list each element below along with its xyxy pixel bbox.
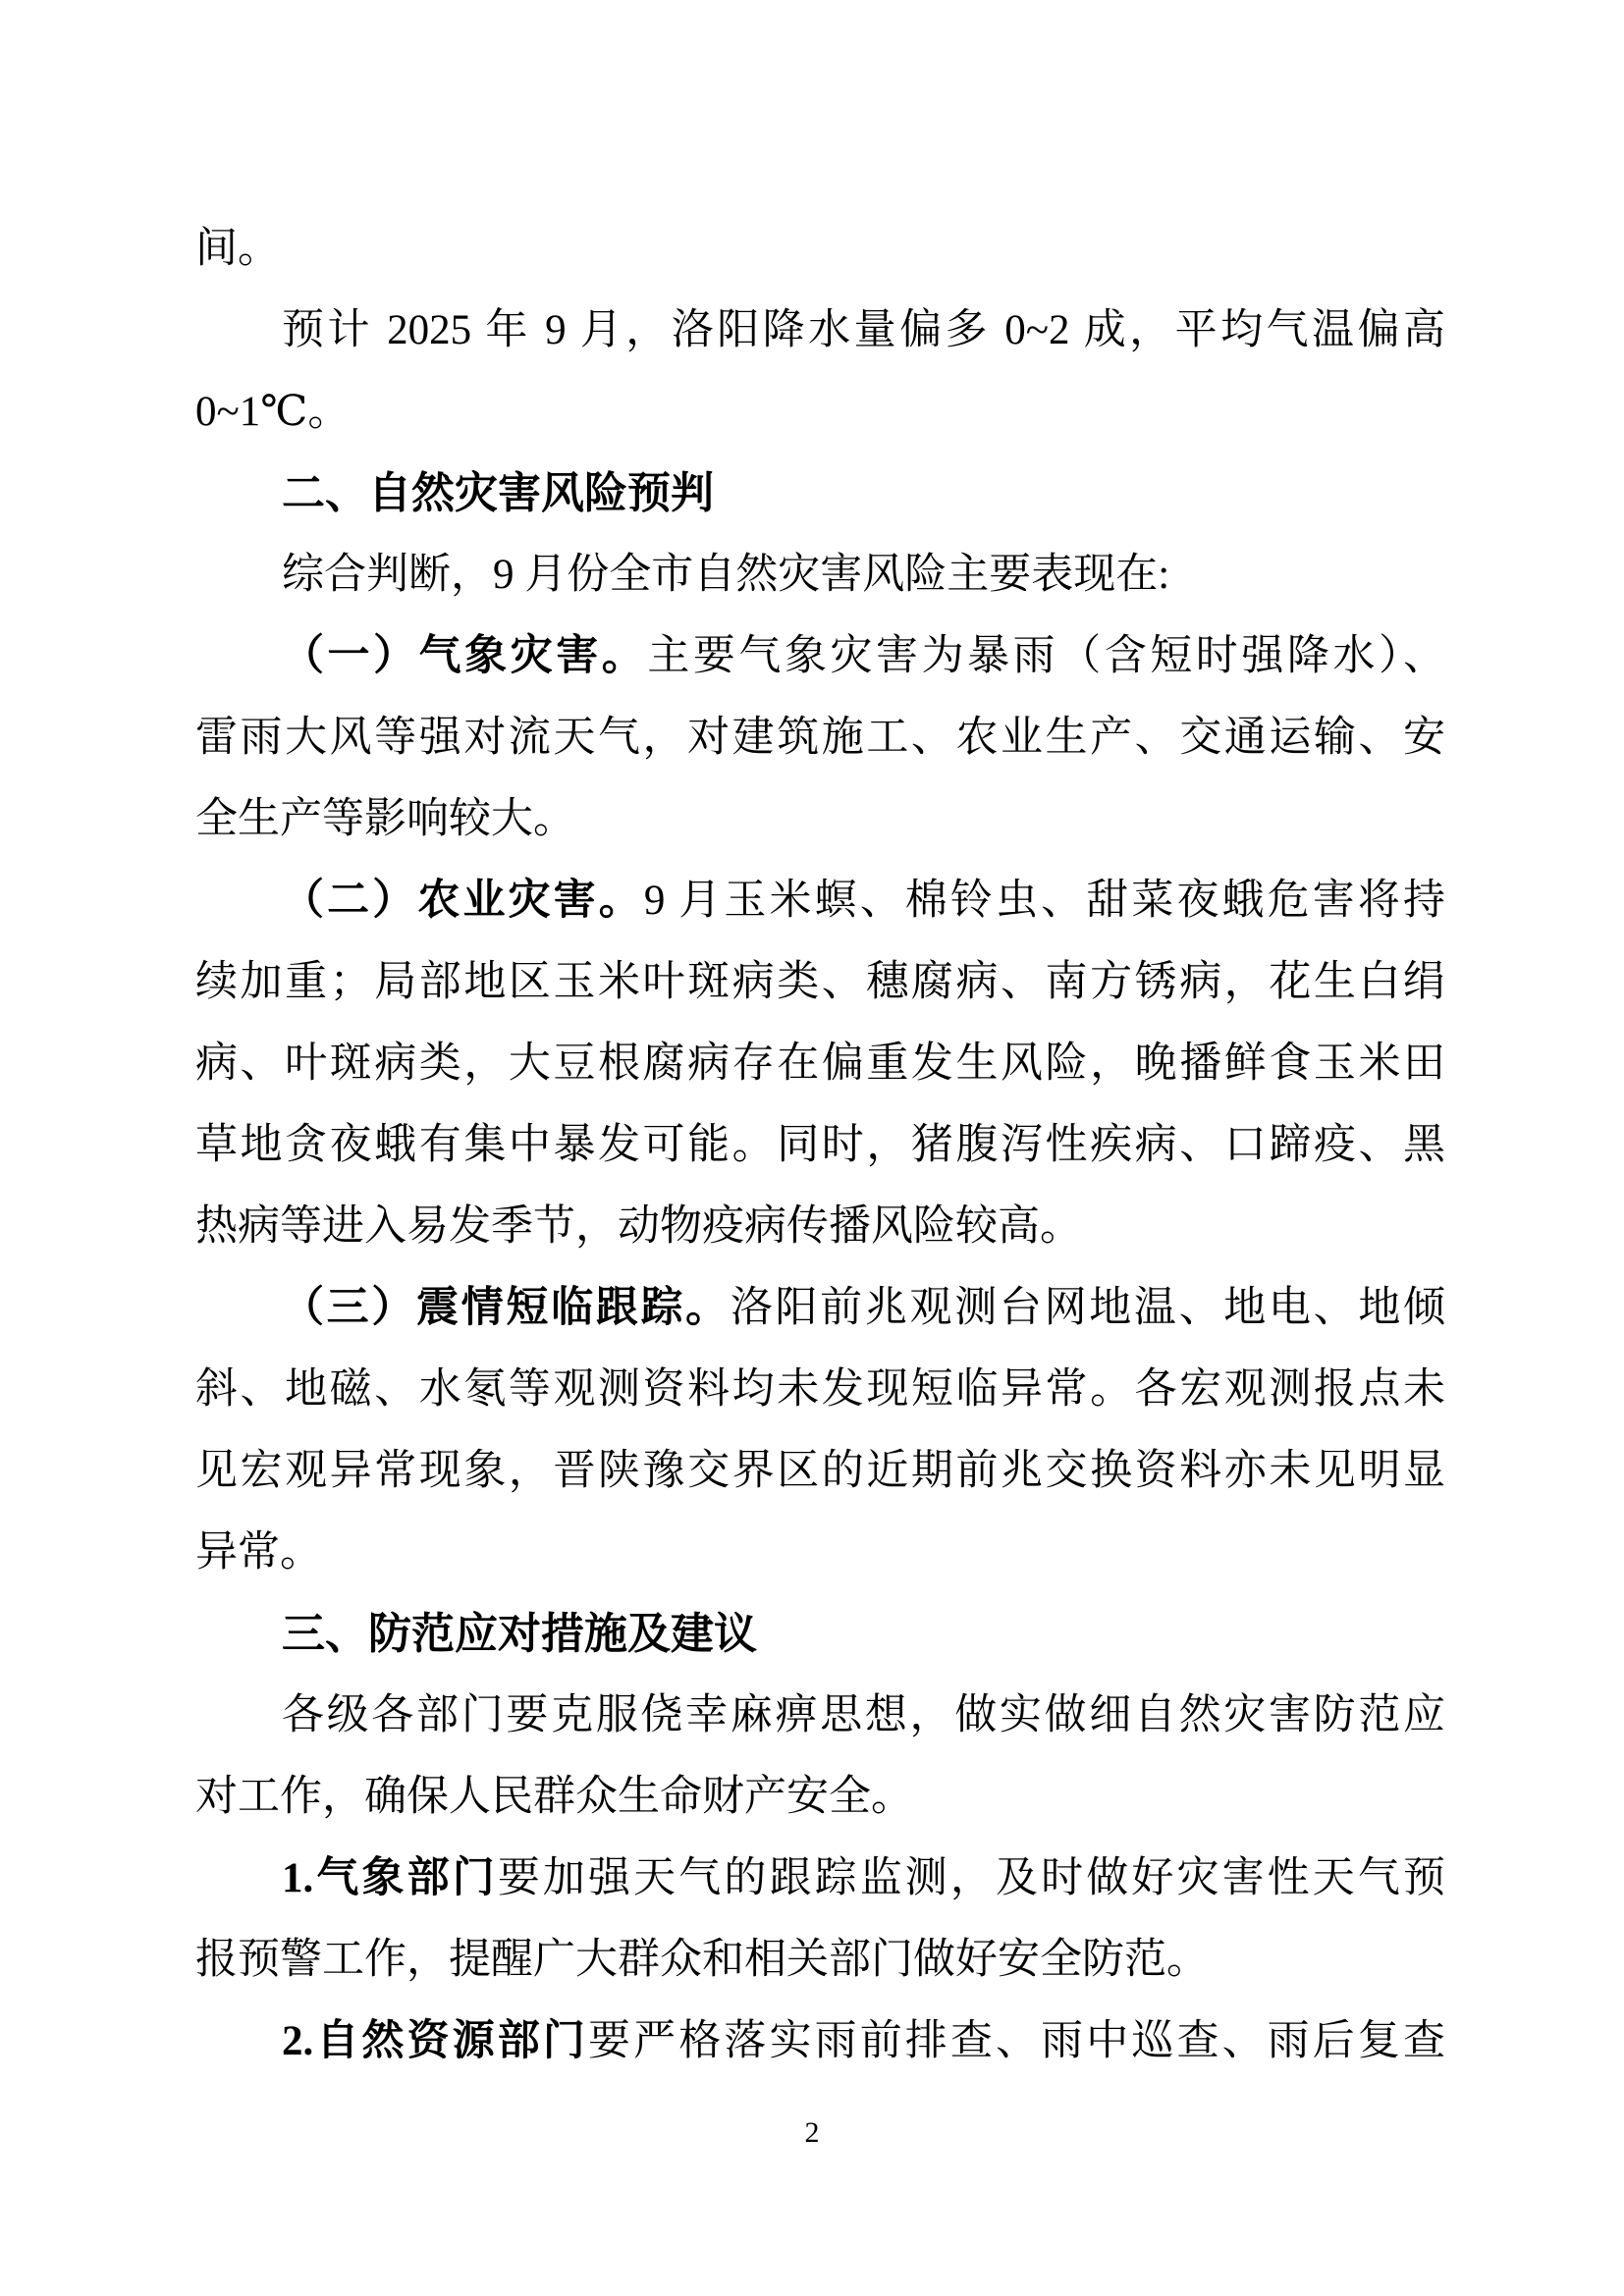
text-segment: 综合判断，9 月份全市自然灾害风险主要表现在:	[282, 552, 1169, 598]
text-segment: 草地贪夜蛾有集中暴发可能。同时，猪腹泻性疾病、口蹄疫、黑	[195, 1122, 1445, 1168]
text-line: 雷雨大风等强对流天气，对建筑施工、农业生产、交通运输、安	[195, 697, 1445, 778]
document-body: 间。预计 2025 年 9 月，洛阳降水量偏多 0~2 成，平均气温偏高0~1℃…	[195, 208, 1445, 2082]
heading-line: 三、防范应对措施及建议	[195, 1593, 1445, 1675]
page-number: 2	[805, 2116, 820, 2149]
text-segment: 热病等进入易发季节，动物疫病传播风险较高。	[195, 1203, 1082, 1250]
bold-text-segment: 1.气象部门	[282, 1855, 498, 1901]
text-line: 预计 2025 年 9 月，洛阳降水量偏多 0~2 成，平均气温偏高	[195, 290, 1445, 371]
text-line: 各级各部门要克服侥幸麻痹思想，做实做细自然灾害防范应	[195, 1675, 1445, 1756]
text-line: 全生产等影响较大。	[195, 778, 1445, 860]
text-segment: 预计 2025 年 9 月，洛阳降水量偏多 0~2 成，平均气温偏高	[282, 307, 1445, 353]
text-segment: 要严格落实雨前排查、雨中巡查、雨后复查	[588, 2018, 1445, 2064]
text-segment: 续加重；局部地区玉米叶斑病类、穗腐病、南方锈病，花生白绢	[195, 959, 1445, 1005]
text-line: （一）气象灾害。主要气象灾害为暴雨（含短时强降水）、	[195, 615, 1445, 697]
text-segment: 雷雨大风等强对流天气，对建筑施工、农业生产、交通运输、安	[195, 715, 1445, 761]
page-footer: 2	[0, 2116, 1624, 2150]
text-segment: 主要气象灾害为暴雨（含短时强降水）、	[647, 633, 1445, 679]
bold-text-segment: （二）农业灾害。	[282, 878, 644, 924]
text-segment: 间。	[195, 226, 280, 272]
text-line: 综合判断，9 月份全市自然灾害风险主要表现在:	[195, 534, 1445, 615]
text-line: （二）农业灾害。9 月玉米螟、棉铃虫、甜菜夜蛾危害将持	[195, 860, 1445, 941]
text-segment: 见宏观异常现象，晋陕豫交界区的近期前兆交换资料亦未见明显	[195, 1448, 1445, 1494]
bold-text-segment: 三、防范应对措施及建议	[282, 1610, 757, 1658]
text-segment: 对工作，确保人民群众生命财产安全。	[195, 1774, 913, 1820]
text-segment: 病、叶斑病类，大豆根腐病存在偏重发生风险，晚播鲜食玉米田	[195, 1041, 1445, 1087]
text-segment: 0~1℃。	[195, 389, 350, 435]
heading-line: 二、自然灾害风险预判	[195, 453, 1445, 534]
text-line: 异常。	[195, 1512, 1445, 1593]
bold-text-segment: 2.自然资源部门	[282, 2018, 588, 2064]
text-line: 斜、地磁、水氡等观测资料均未发现短临异常。各宏观测报点未	[195, 1349, 1445, 1430]
text-line: 2.自然资源部门要严格落实雨前排查、雨中巡查、雨后复查	[195, 2001, 1445, 2082]
text-line: 热病等进入易发季节，动物疫病传播风险较高。	[195, 1186, 1445, 1267]
text-segment: 要加强天气的跟踪监测，及时做好灾害性天气预	[498, 1855, 1445, 1901]
text-segment: 全生产等影响较大。	[195, 796, 575, 842]
bold-text-segment: （三）震情短临跟踪。	[282, 1285, 731, 1331]
text-line: 报预警工作，提醒广大群众和相关部门做好安全防范。	[195, 1919, 1445, 2001]
text-segment: 洛阳前兆观测台网地温、地电、地倾	[731, 1285, 1445, 1331]
text-segment: 报预警工作，提醒广大群众和相关部门做好安全防范。	[195, 1937, 1209, 1983]
bold-text-segment: 二、自然灾害风险预判	[282, 469, 714, 517]
text-line: 间。	[195, 208, 1445, 290]
text-line: （三）震情短临跟踪。洛阳前兆观测台网地温、地电、地倾	[195, 1267, 1445, 1349]
document-page: 间。预计 2025 年 9 月，洛阳降水量偏多 0~2 成，平均气温偏高0~1℃…	[0, 0, 1624, 2296]
bold-text-segment: （一）气象灾害。	[282, 633, 647, 679]
text-line: 1.气象部门要加强天气的跟踪监测，及时做好灾害性天气预	[195, 1838, 1445, 1919]
text-segment: 斜、地磁、水氡等观测资料均未发现短临异常。各宏观测报点未	[195, 1366, 1445, 1413]
text-segment: 异常。	[195, 1529, 322, 1575]
text-line: 对工作，确保人民群众生命财产安全。	[195, 1756, 1445, 1838]
text-segment: 9 月玉米螟、棉铃虫、甜菜夜蛾危害将持	[644, 878, 1445, 924]
text-line: 草地贪夜蛾有集中暴发可能。同时，猪腹泻性疾病、口蹄疫、黑	[195, 1104, 1445, 1186]
text-line: 病、叶斑病类，大豆根腐病存在偏重发生风险，晚播鲜食玉米田	[195, 1023, 1445, 1104]
text-segment: 各级各部门要克服侥幸麻痹思想，做实做细自然灾害防范应	[282, 1692, 1445, 1738]
text-line: 见宏观异常现象，晋陕豫交界区的近期前兆交换资料亦未见明显	[195, 1430, 1445, 1512]
text-line: 续加重；局部地区玉米叶斑病类、穗腐病、南方锈病，花生白绢	[195, 941, 1445, 1023]
text-line: 0~1℃。	[195, 371, 1445, 453]
